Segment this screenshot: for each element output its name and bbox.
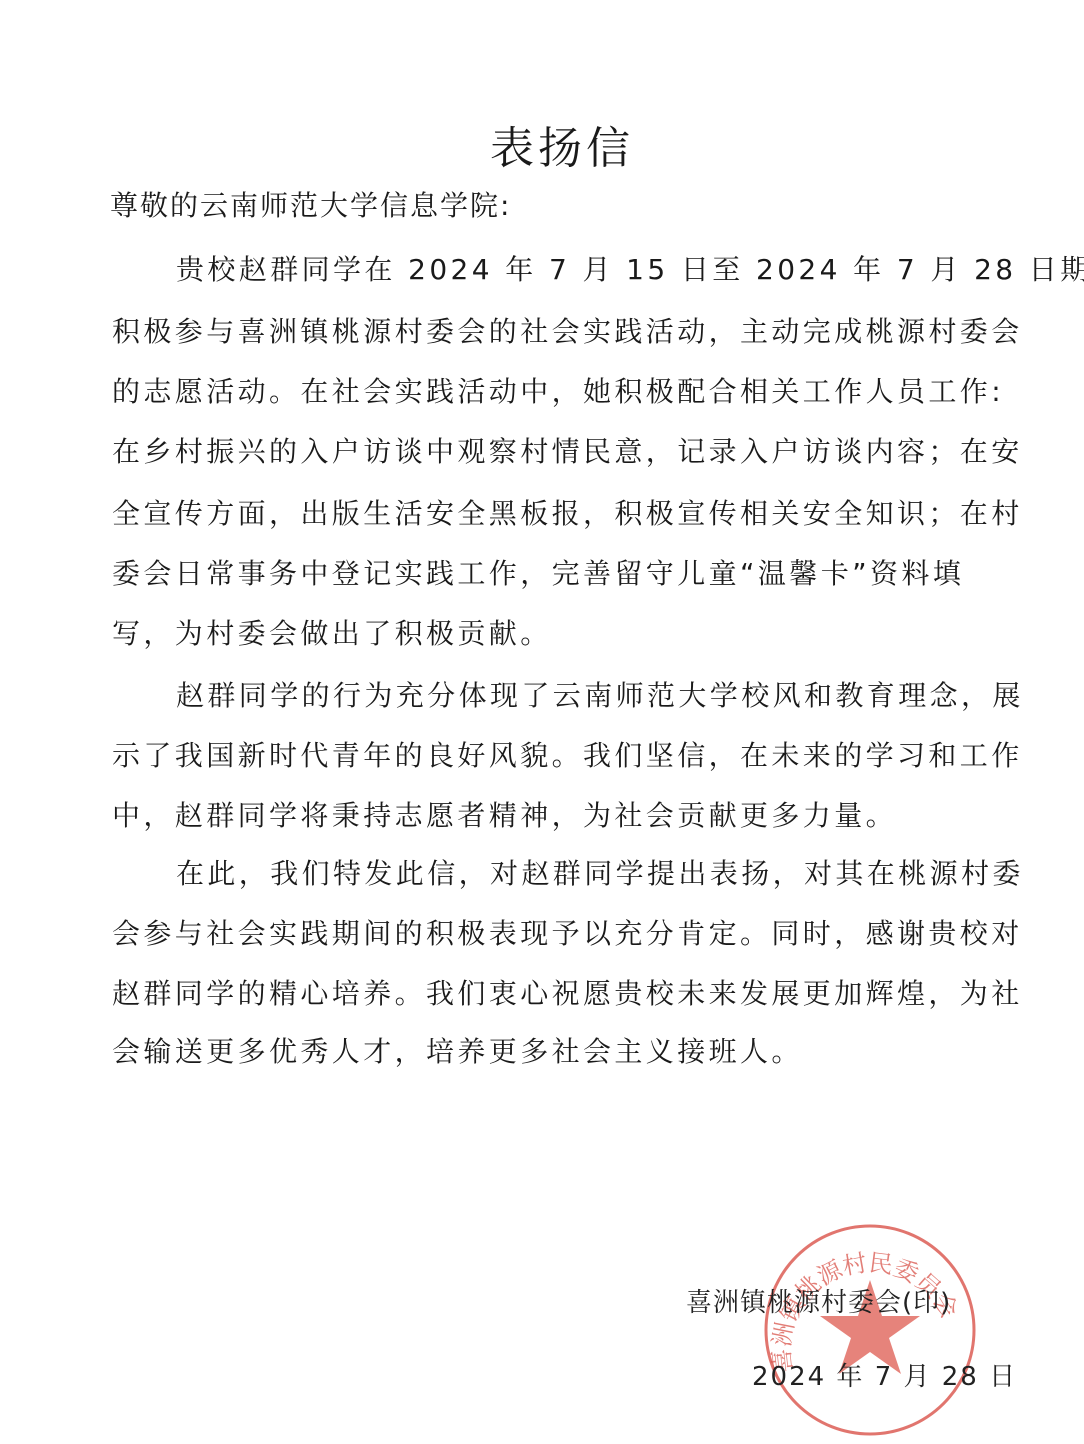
paragraph-line: 贵校赵群同学在 2024 年 7 月 15 日至 2024 年 7 月 28 日… — [176, 248, 1084, 288]
paragraph-line: 在此，我们特发此信，对赵群同学提出表扬，对其在桃源村委 — [176, 852, 1024, 892]
letter-title: 表扬信 — [0, 112, 1084, 176]
paragraph-line: 全宣传方面，出版生活安全黑板报，积极宣传相关安全知识；在村 — [112, 492, 1023, 532]
paragraph-line: 会输送更多优秀人才，培养更多社会主义接班人。 — [112, 1030, 803, 1070]
official-seal: 喜洲镇桃源村民委员会 — [760, 1220, 980, 1440]
paragraph-line: 中，赵群同学将秉持志愿者精神，为社会贡献更多力量。 — [112, 794, 897, 834]
paragraph-line: 赵群同学的精心培养。我们衷心祝愿贵校未来发展更加辉煌，为社 — [112, 972, 1023, 1012]
signature-organization: 喜洲镇桃源村委会(印) — [686, 1282, 951, 1319]
paragraph-line: 写，为村委会做出了积极贡献。 — [112, 612, 552, 652]
paragraph-line: 赵群同学的行为充分体现了云南师范大学校风和教育理念，展 — [176, 674, 1024, 714]
paragraph-line: 在乡村振兴的入户访谈中观察村情民意，记录入户访谈内容；在安 — [112, 430, 1023, 470]
paragraph-line: 会参与社会实践期间的积极表现予以充分肯定。同时，感谢贵校对 — [112, 912, 1023, 952]
signature-date: 2024 年 7 月 28 日 — [752, 1356, 1017, 1393]
paragraph-line: 示了我国新时代青年的良好风貌。我们坚信，在未来的学习和工作 — [112, 734, 1023, 774]
paragraph-line: 的志愿活动。在社会实践活动中，她积极配合相关工作人员工作: — [112, 370, 1004, 410]
paragraph-line: 委会日常事务中登记实践工作，完善留守儿童“温馨卡”资料填 — [112, 552, 964, 592]
paragraph-line: 积极参与喜洲镇桃源村委会的社会实践活动，主动完成桃源村委会 — [112, 310, 1023, 350]
salutation: 尊敬的云南师范大学信息学院: — [110, 184, 511, 224]
